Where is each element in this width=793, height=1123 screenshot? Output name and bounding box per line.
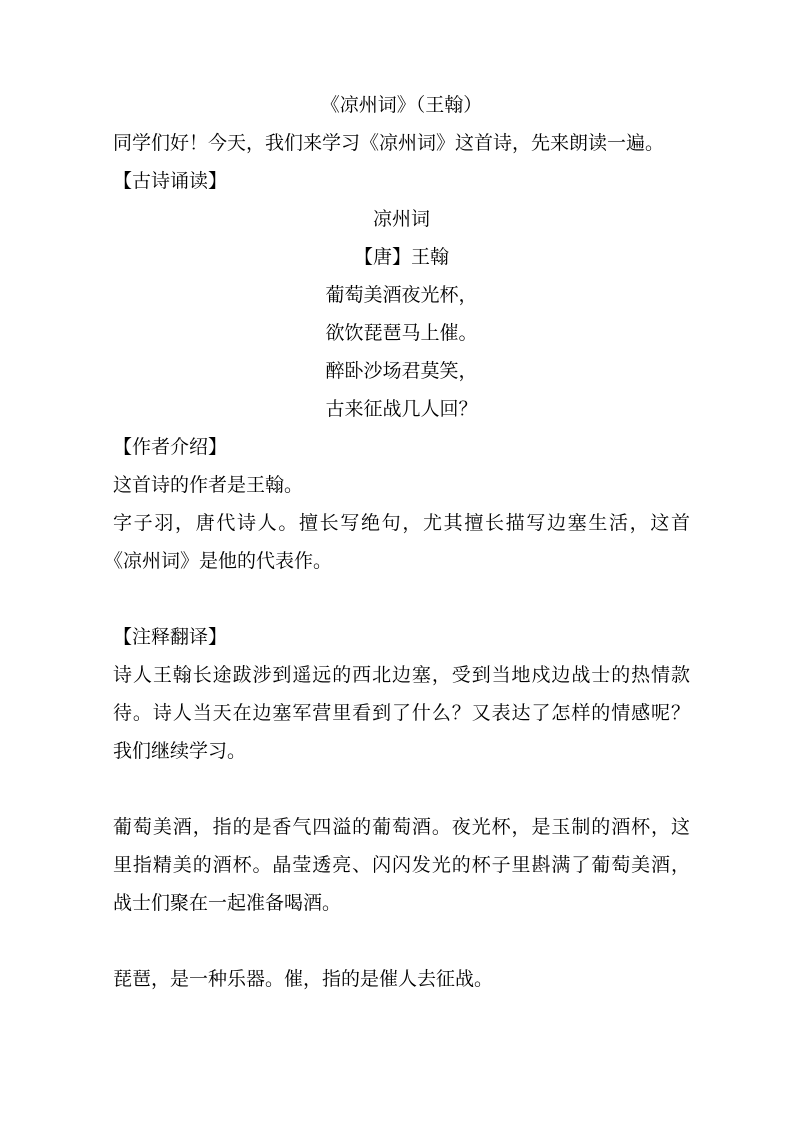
section-heading-author-intro: 【作者介绍】 <box>113 429 690 467</box>
doc-title: 《凉州词》（王翰） <box>113 87 690 125</box>
author-intro-line-3: 《凉州词》是他的代表作。 <box>113 543 690 581</box>
document-page: 《凉州词》（王翰）同学们好！今天，我们来学习《凉州词》这首诗，先来朗读一遍。【古… <box>0 0 793 1123</box>
poem-title: 凉州词 <box>113 201 690 239</box>
note-wine-line-2: 里指精美的酒杯。晶莹透亮、闪闪发光的杯子里斟满了葡萄美酒， <box>113 847 690 885</box>
blank-line <box>113 923 690 961</box>
section-heading-recitation: 【古诗诵读】 <box>113 163 690 201</box>
section-heading-annotation: 【注释翻译】 <box>113 619 690 657</box>
annotation-line-3: 我们继续学习。 <box>113 733 690 771</box>
greeting-line: 同学们好！今天，我们来学习《凉州词》这首诗，先来朗读一遍。 <box>113 125 690 163</box>
poem-line-4: 古来征战几人回？ <box>113 391 690 429</box>
document-body: 《凉州词》（王翰）同学们好！今天，我们来学习《凉州词》这首诗，先来朗读一遍。【古… <box>113 87 690 999</box>
blank-line <box>113 581 690 619</box>
annotation-line-2: 待。诗人当天在边塞军营里看到了什么？又表达了怎样的情感呢？ <box>113 695 690 733</box>
author-intro-line-2: 字子羽，唐代诗人。擅长写绝句，尤其擅长描写边塞生活，这首 <box>113 505 690 543</box>
poem-line-1: 葡萄美酒夜光杯， <box>113 277 690 315</box>
annotation-line-1: 诗人王翰长途跋涉到遥远的西北边塞，受到当地戍边战士的热情款 <box>113 657 690 695</box>
note-wine-line-3: 战士们聚在一起准备喝酒。 <box>113 885 690 923</box>
poem-author: 【唐】王翰 <box>113 239 690 277</box>
poem-line-2: 欲饮琵琶马上催。 <box>113 315 690 353</box>
author-intro-line-1: 这首诗的作者是王翰。 <box>113 467 690 505</box>
blank-line <box>113 771 690 809</box>
poem-line-3: 醉卧沙场君莫笑， <box>113 353 690 391</box>
note-pipa-line: 琵琶，是一种乐器。催，指的是催人去征战。 <box>113 961 690 999</box>
note-wine-line-1: 葡萄美酒，指的是香气四溢的葡萄酒。夜光杯，是玉制的酒杯，这 <box>113 809 690 847</box>
